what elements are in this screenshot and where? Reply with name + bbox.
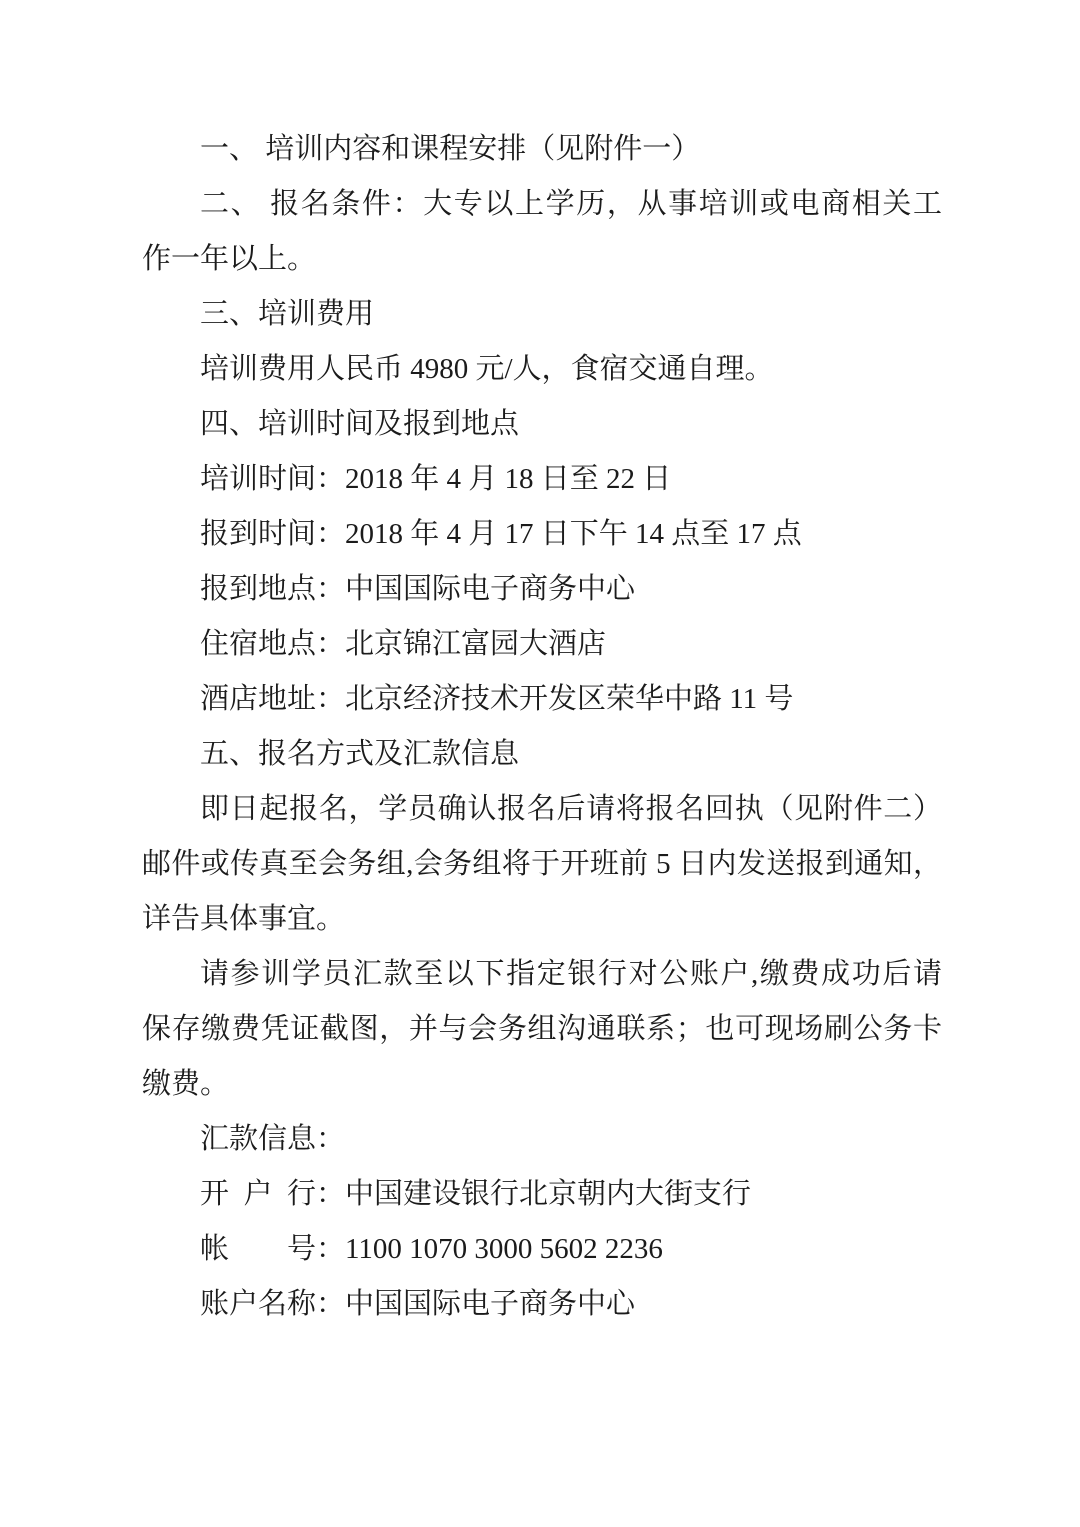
- line-section-2-title: 二、 报名条件：大专以上学历，从事培训或电商相关工: [142, 177, 942, 232]
- line-registration-1: 即日起报名，学员确认报名后请将报名回执（见附件二）: [142, 782, 942, 837]
- line-account-name: 账户名称：中国国际电子商务中心: [142, 1277, 942, 1332]
- line-remittance-title: 汇款信息：: [142, 1112, 942, 1167]
- line-bank-branch: 开 户 行：中国建设银行北京朝内大街支行: [142, 1167, 942, 1222]
- line-section-2-cont: 作一年以上。: [142, 232, 942, 287]
- line-registration-2: 邮件或传真至会务组,会务组将于开班前 5 日内发送报到通知，: [142, 837, 942, 892]
- line-section-1-title: 一、 培训内容和课程安排（见附件一）: [142, 122, 942, 177]
- line-section-5-title: 五、报名方式及汇款信息: [142, 727, 942, 782]
- line-payment-note-1: 请参训学员汇款至以下指定银行对公账户,缴费成功后请: [142, 947, 942, 1002]
- line-account-number: 帐 号：1100 1070 3000 5602 2236: [142, 1222, 942, 1277]
- document-page: 一、 培训内容和课程安排（见附件一） 二、 报名条件：大专以上学历，从事培训或电…: [0, 0, 1080, 1527]
- line-training-fee: 培训费用人民币 4980 元/人，食宿交通自理。: [142, 342, 942, 397]
- line-payment-note-2: 保存缴费凭证截图，并与会务组沟通联系；也可现场刷公务卡: [142, 1002, 942, 1057]
- line-training-time: 培训时间：2018 年 4 月 18 日至 22 日: [142, 452, 942, 507]
- line-hotel-address: 酒店地址：北京经济技术开发区荣华中路 11 号: [142, 672, 942, 727]
- document-body: 一、 培训内容和课程安排（见附件一） 二、 报名条件：大专以上学历，从事培训或电…: [142, 122, 942, 1332]
- line-checkin-place: 报到地点：中国国际电子商务中心: [142, 562, 942, 617]
- line-payment-note-3: 缴费。: [142, 1057, 942, 1112]
- line-registration-3: 详告具体事宜。: [142, 892, 942, 947]
- line-section-4-title: 四、培训时间及报到地点: [142, 397, 942, 452]
- line-lodging-place: 住宿地点：北京锦江富园大酒店: [142, 617, 942, 672]
- line-checkin-time: 报到时间：2018 年 4 月 17 日下午 14 点至 17 点: [142, 507, 942, 562]
- line-section-3-title: 三、培训费用: [142, 287, 942, 342]
